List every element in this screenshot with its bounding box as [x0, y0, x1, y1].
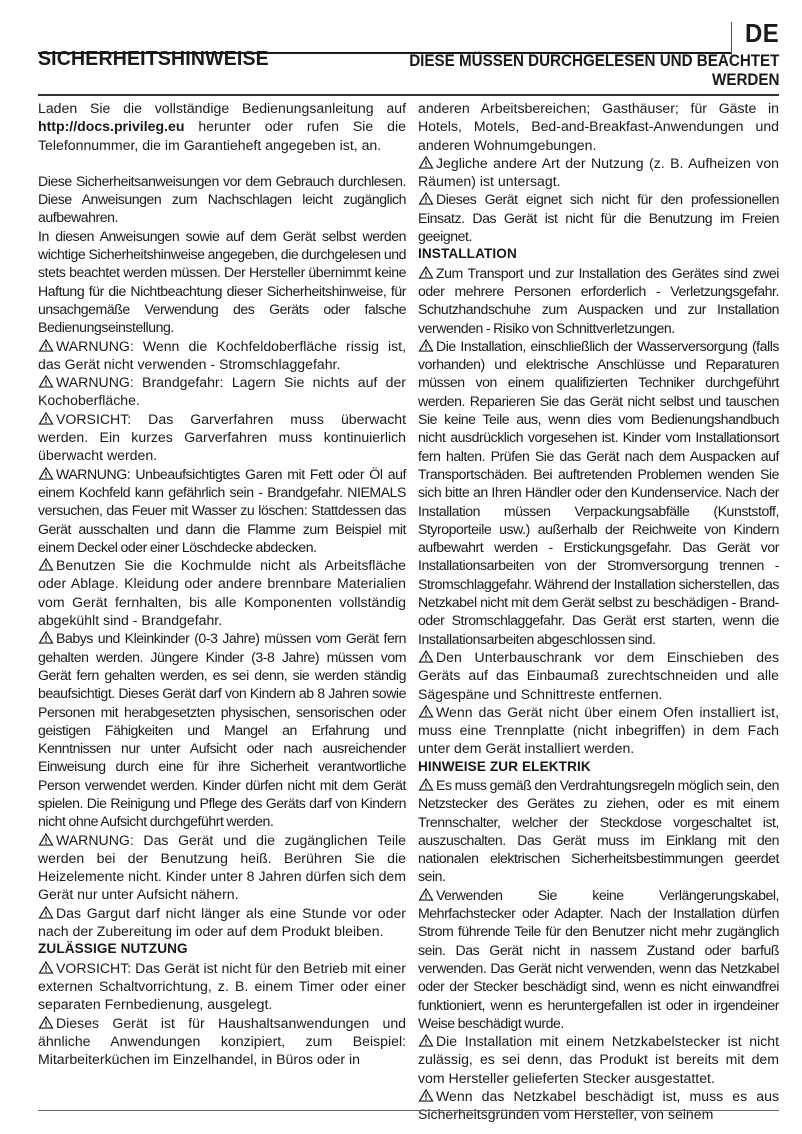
- language-tab-divider: [731, 22, 732, 55]
- intro-text: Laden Sie die vollständige Bedienungsanl…: [38, 100, 406, 116]
- note-other-use: Jegliche andere Art der Nutzung (z. B. A…: [418, 154, 779, 191]
- warning-fat-oil: WARNUNG: Unbeaufsichtigtes Garen mit Fet…: [38, 465, 406, 556]
- warning-triangle-icon: [38, 412, 54, 425]
- section-title: SICHERHEITSHINWEISE: [38, 47, 269, 71]
- warning-cracked-surface: WARNUNG: Wenn die Kochfeldoberfläche ris…: [38, 337, 406, 374]
- warning-triangle-icon: [418, 192, 434, 205]
- footer-rule: [38, 1110, 779, 1111]
- warning-triangle-icon: [38, 558, 54, 571]
- warning-triangle-icon: [418, 156, 434, 169]
- warning-triangle-icon: [38, 467, 54, 480]
- warning-triangle-icon: [418, 778, 434, 791]
- manual-page: DE SICHERHEITSHINWEISE DIESE MÜSSEN DURC…: [38, 0, 779, 1134]
- warning-triangle-icon: [38, 339, 54, 352]
- note-qualified-technician: Die Installation, einschließlich der Was…: [418, 337, 779, 648]
- note-cable-damaged: Wenn das Netzkabel beschädigt ist, muss …: [418, 1087, 779, 1124]
- warning-triangle-icon: [38, 1016, 54, 1029]
- note-household-use: Dieses Gerät ist für Haushaltsanwendunge…: [38, 1014, 406, 1069]
- note-plug: Die Installation mit einem Netzkabelstec…: [418, 1032, 779, 1087]
- warning-hot-parts: WARNUNG: Das Gerät und die zugänglichen …: [38, 831, 406, 904]
- read-first-paragraph: Diese Sicherheitsanweisungen vor dem Geb…: [38, 172, 406, 227]
- left-column: Laden Sie die vollständige Bedienungsanl…: [38, 99, 406, 1068]
- household-use-continued: anderen Arbeitsbereichen; Gasthäuser; fü…: [418, 99, 779, 154]
- note-professional: Dieses Gerät eignet sich nicht für den p…: [418, 190, 779, 245]
- note-two-persons: Zum Transport und zur Installation des G…: [418, 264, 779, 337]
- caution-supervise-cooking: VORSICHT: Das Garverfahren muss überwach…: [38, 410, 406, 465]
- important-paragraph: In diesen Anweisungen sowie auf dem Gerä…: [38, 227, 406, 337]
- subtitle-line-1: DIESE MÜSSEN DURCHGELESEN UND BEACHTET: [409, 52, 779, 71]
- caution-external-switch: VORSICHT: Das Gerät ist nicht für den Be…: [38, 959, 406, 1014]
- warning-triangle-icon: [418, 266, 434, 279]
- language-code: DE: [745, 18, 779, 49]
- warning-triangle-icon: [418, 888, 434, 901]
- warning-triangle-icon: [38, 833, 54, 846]
- heading-electrical: HINWEISE ZUR ELEKTRIK: [418, 758, 779, 776]
- right-column: anderen Arbeitsbereichen; Gasthäuser; fü…: [418, 99, 779, 1124]
- note-worksurface: Benutzen Sie die Kochmulde nicht als Arb…: [38, 556, 406, 629]
- note-extension-cables: Verwenden Sie keine Verlängerungskabel, …: [418, 886, 779, 1032]
- note-separator-plate: Wenn das Gerät nicht über einem Ofen ins…: [418, 703, 779, 758]
- warning-triangle-icon: [38, 961, 54, 974]
- warning-triangle-icon: [418, 339, 434, 352]
- note-food-time: Das Gargut darf nicht länger als eine St…: [38, 904, 406, 941]
- note-cabinet: Den Unterbauschrank vor dem Einschieben …: [418, 648, 779, 703]
- section-subtitle: DIESE MÜSSEN DURCHGELESEN UND BEACHTET W…: [409, 52, 779, 90]
- warning-triangle-icon: [38, 906, 54, 919]
- warning-triangle-icon: [38, 375, 54, 388]
- warning-triangle-icon: [418, 650, 434, 663]
- warning-triangle-icon: [418, 705, 434, 718]
- heading-installation: INSTALLATION: [418, 245, 779, 263]
- docs-link[interactable]: http://docs.privileg.eu: [38, 118, 184, 134]
- note-disconnect: Es muss gemäß den Verdrahtungsregeln mög…: [418, 776, 779, 886]
- warning-triangle-icon: [418, 1089, 434, 1102]
- warning-fire-storage: WARNUNG: Brandgefahr: Lagern Sie nichts …: [38, 373, 406, 410]
- subtitle-line-2: WERDEN: [409, 71, 779, 90]
- note-children: Babys und Kleinkinder (0-3 Jahre) müssen…: [38, 629, 406, 830]
- warning-triangle-icon: [38, 631, 54, 644]
- heading-permitted-use: ZULÄSSIGE NUTZUNG: [38, 940, 406, 958]
- intro-paragraph: Laden Sie die vollständige Bedienungsanl…: [38, 99, 406, 154]
- header-rule: [38, 94, 779, 96]
- warning-triangle-icon: [418, 1034, 434, 1047]
